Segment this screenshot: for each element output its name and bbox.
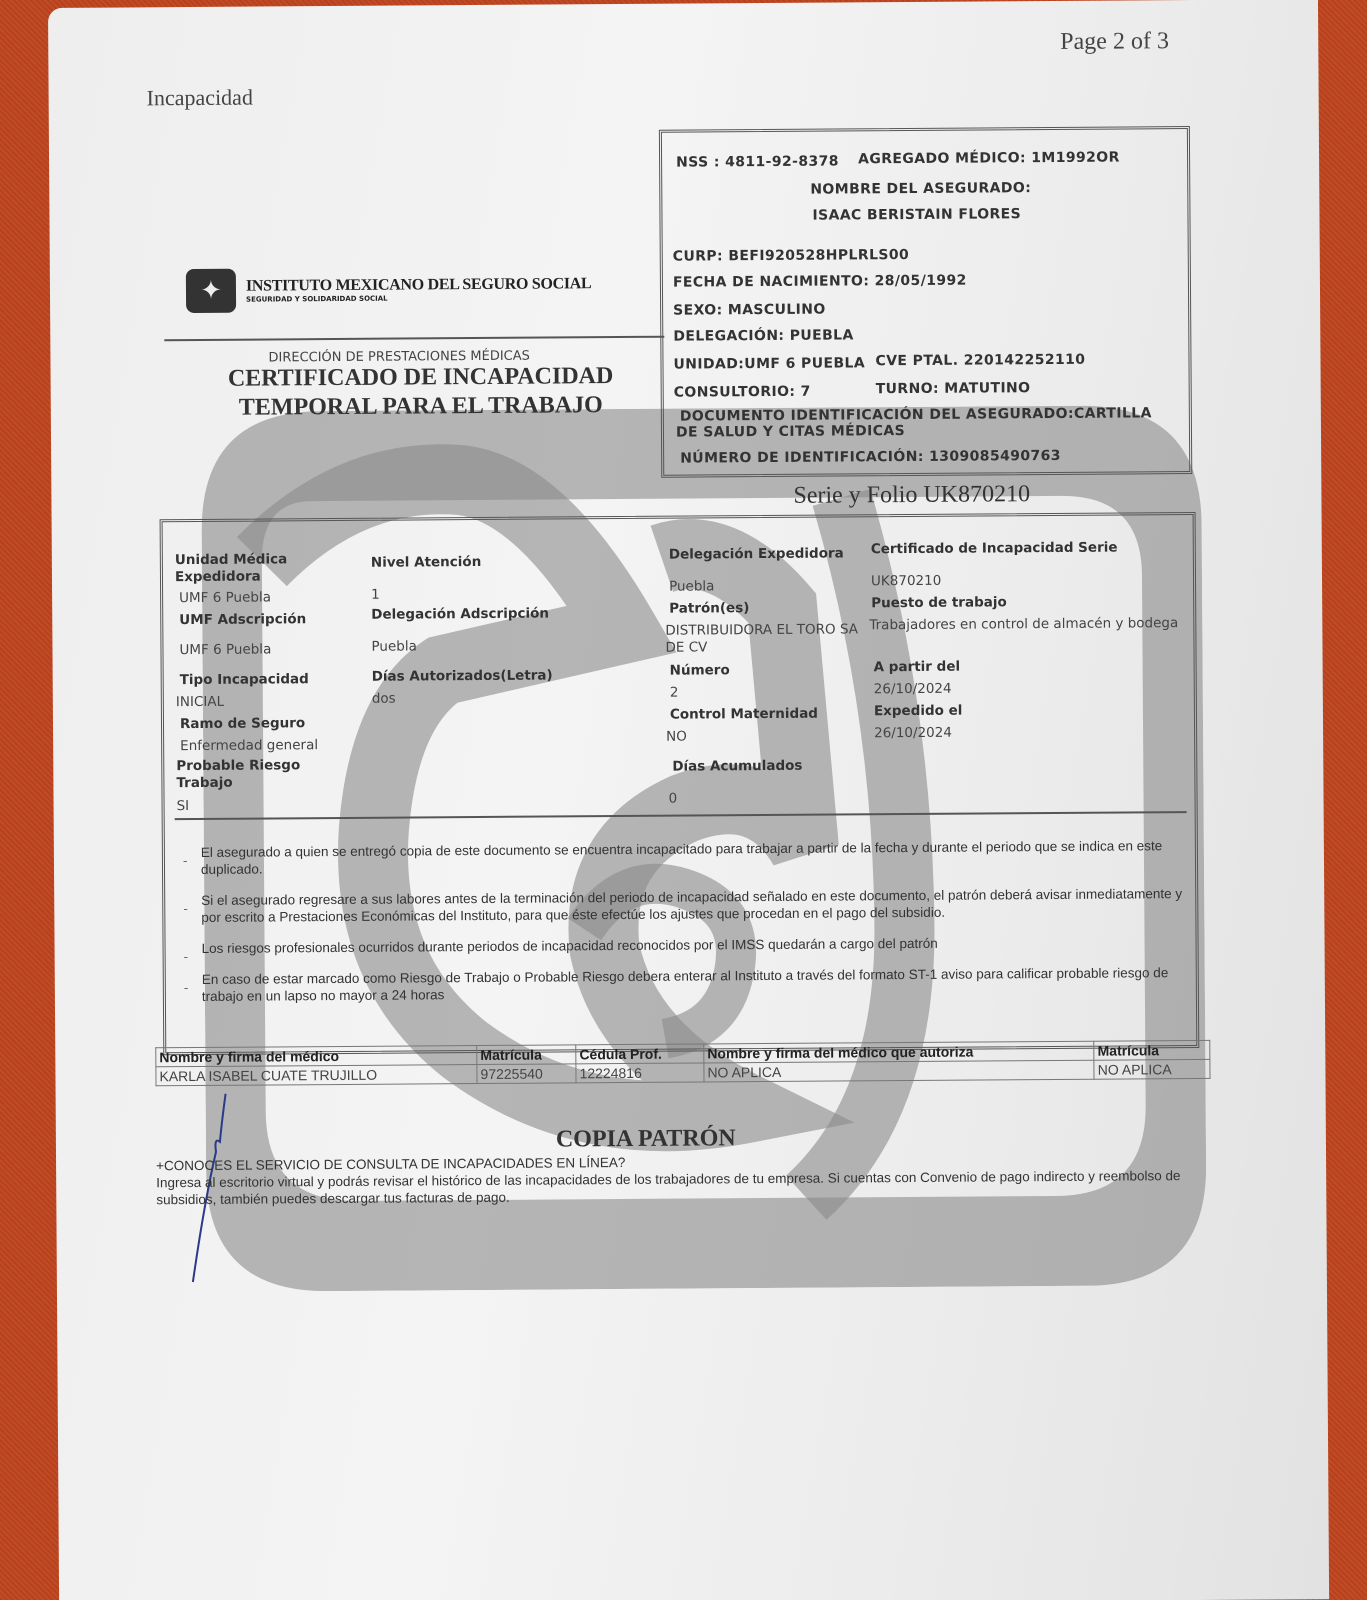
- certificate-title-line1: CERTIFICADO DE INCAPACIDAD: [210, 362, 630, 394]
- turno: TURNO: MATUTINO: [876, 380, 1031, 397]
- acumulados-value: 0: [668, 791, 677, 808]
- puesto-label: Puesto de trabajo: [871, 594, 1007, 612]
- insured-name-label: NOMBRE DEL ASEGURADO:: [810, 180, 1031, 198]
- insured-name: ISAAC BERISTAIN FLORES: [812, 206, 1021, 223]
- note-item: -El asegurado a quien se entregó copia d…: [183, 837, 1183, 878]
- col-cedula: Cédula Prof.: [576, 1044, 704, 1064]
- page-indicator: Page 2 of 3: [1060, 28, 1169, 56]
- signatures-table: Nombre y firma del médico Matrícula Cédu…: [155, 1040, 1210, 1086]
- maternidad-value: NO: [666, 729, 687, 746]
- document-header-title: Incapacidad: [147, 85, 253, 112]
- delegacion: DELEGACIÓN: PUEBLA: [673, 327, 853, 344]
- col-matricula-autoriza: Matrícula: [1094, 1040, 1210, 1060]
- expedido-value: 26/10/2024: [874, 725, 952, 743]
- birth-date: FECHA DE NACIMIENTO: 28/05/1992: [673, 273, 967, 291]
- patron-label: Patrón(es): [669, 600, 749, 618]
- institution-header: ✦ INSTITUTO MEXICANO DEL SEGURO SOCIAL S…: [186, 266, 592, 313]
- tipo-value: INICIAL: [176, 694, 224, 711]
- dias-letra-label: Días Autorizados(Letra): [372, 667, 553, 685]
- document-page: Incapacidad Page 2 of 3 ✦ INSTITUTO MEXI…: [48, 0, 1329, 1600]
- dias-letra-value: dos: [372, 691, 396, 708]
- serie-value: UK870210: [871, 573, 941, 590]
- certificate-title-line2: TEMPORAL PARA EL TRABAJO: [211, 391, 631, 423]
- id-number: NÚMERO DE IDENTIFICACIÓN: 1309085490763: [680, 448, 1061, 467]
- autoriza-name: NO APLICA: [704, 1060, 1094, 1082]
- a-partir-label: A partir del: [874, 659, 961, 677]
- unidad-medica-label: Unidad Médica Expedidora: [175, 551, 295, 586]
- imss-logo-icon: ✦: [186, 269, 236, 313]
- delegacion-ads-label: Delegación Adscripción: [371, 606, 549, 624]
- sex: SEXO: MASCULINO: [673, 302, 826, 319]
- serie-label: Certificado de Incapacidad Serie: [871, 540, 1118, 559]
- autoriza-matricula: NO APLICA: [1094, 1059, 1210, 1079]
- nivel-value: 1: [371, 587, 380, 604]
- unidad-medica-value: UMF 6 Puebla: [179, 589, 271, 607]
- acumulados-label: Días Acumulados: [672, 758, 802, 776]
- ramo-value: Enfermedad general: [180, 737, 318, 755]
- maternidad-label: Control Maternidad: [670, 706, 818, 724]
- curp: CURP: BEFI920528HPLRLS00: [673, 247, 909, 265]
- tipo-label: Tipo Incapacidad: [180, 671, 309, 689]
- cve-ptal: CVE PTAL. 220142252110: [875, 352, 1085, 369]
- bullet-icon: -: [184, 979, 189, 996]
- delegacion-ads-value: Puebla: [371, 638, 416, 655]
- umf-adscripcion-value: UMF 6 Puebla: [179, 641, 271, 659]
- doc-id-line2: DE SALUD Y CITAS MÉDICAS: [676, 423, 905, 441]
- medico-matricula: 97225540: [477, 1064, 576, 1084]
- nss: NSS : 4811-92-8378: [676, 153, 839, 170]
- ramo-label: Ramo de Seguro: [180, 715, 305, 733]
- certificate-details-box: Unidad Médica Expedidora UMF 6 Puebla Ni…: [160, 512, 1200, 1055]
- numero-label: Número: [670, 662, 730, 679]
- unidad: UNIDAD:UMF 6 PUEBLA: [673, 355, 865, 372]
- delegacion-exp-value: Puebla: [669, 578, 714, 595]
- certificate-title: CERTIFICADO DE INCAPACIDAD TEMPORAL PARA…: [210, 362, 630, 423]
- note-item: -Los riesgos profesionales ocurridos dur…: [184, 933, 1184, 957]
- footer-text: Ingresa al escritorio virtual y podrás r…: [156, 1167, 1216, 1208]
- patron-value: DISTRIBUIDORA EL TORO SA DE CV: [665, 621, 865, 656]
- bullet-icon: -: [183, 900, 188, 917]
- footer-info: +CONOCES EL SERVICIO DE CONSULTA DE INCA…: [156, 1150, 1216, 1208]
- agregado-medico: AGREGADO MÉDICO: 1M1992OR: [858, 150, 1120, 168]
- bullet-icon: -: [184, 948, 189, 965]
- expedido-label: Expedido el: [874, 703, 963, 721]
- note-item: -En caso de estar marcado como Riesgo de…: [184, 964, 1184, 1005]
- medico-cedula: 12224816: [576, 1063, 704, 1083]
- institution-name: INSTITUTO MEXICANO DEL SEGURO SOCIAL: [246, 275, 592, 295]
- nivel-label: Nivel Atención: [371, 554, 482, 572]
- col-medico: Nombre y firma del médico: [156, 1046, 477, 1067]
- insured-info-box: NSS : 4811-92-8378 AGREGADO MÉDICO: 1M19…: [659, 126, 1192, 478]
- details-divider: [175, 811, 1187, 820]
- puesto-value: Trabajadores en control de almacén y bod…: [869, 615, 1179, 634]
- bullet-icon: -: [183, 852, 188, 869]
- notes-list: -El asegurado a quien se entregó copia d…: [183, 837, 1184, 1019]
- riesgo-label: Probable Riesgo Trabajo: [176, 757, 326, 792]
- col-matricula: Matrícula: [477, 1045, 576, 1065]
- medico-name: KARLA ISABEL CUATE TRUJILLO: [156, 1065, 477, 1086]
- doc-id-line1: DOCUMENTO IDENTIFICACIÓN DEL ASEGURADO:C…: [680, 405, 1152, 424]
- header-divider: [164, 336, 664, 341]
- note-item: -Si el asegurado regresare a sus labores…: [183, 885, 1183, 926]
- delegacion-exp-label: Delegación Expedidora: [669, 545, 844, 563]
- riesgo-value: SI: [177, 798, 190, 815]
- copy-type-label: COPIA PATRÓN: [556, 1125, 736, 1153]
- a-partir-value: 26/10/2024: [874, 681, 952, 699]
- umf-adscripcion-label: UMF Adscripción: [179, 611, 306, 629]
- consultorio: CONSULTORIO: 7: [674, 384, 811, 401]
- serie-folio: Serie y Folio UK870210: [793, 481, 1030, 510]
- institution-tagline: SEGURIDAD Y SOLIDARIDAD SOCIAL: [246, 293, 591, 303]
- numero-value: 2: [670, 685, 679, 702]
